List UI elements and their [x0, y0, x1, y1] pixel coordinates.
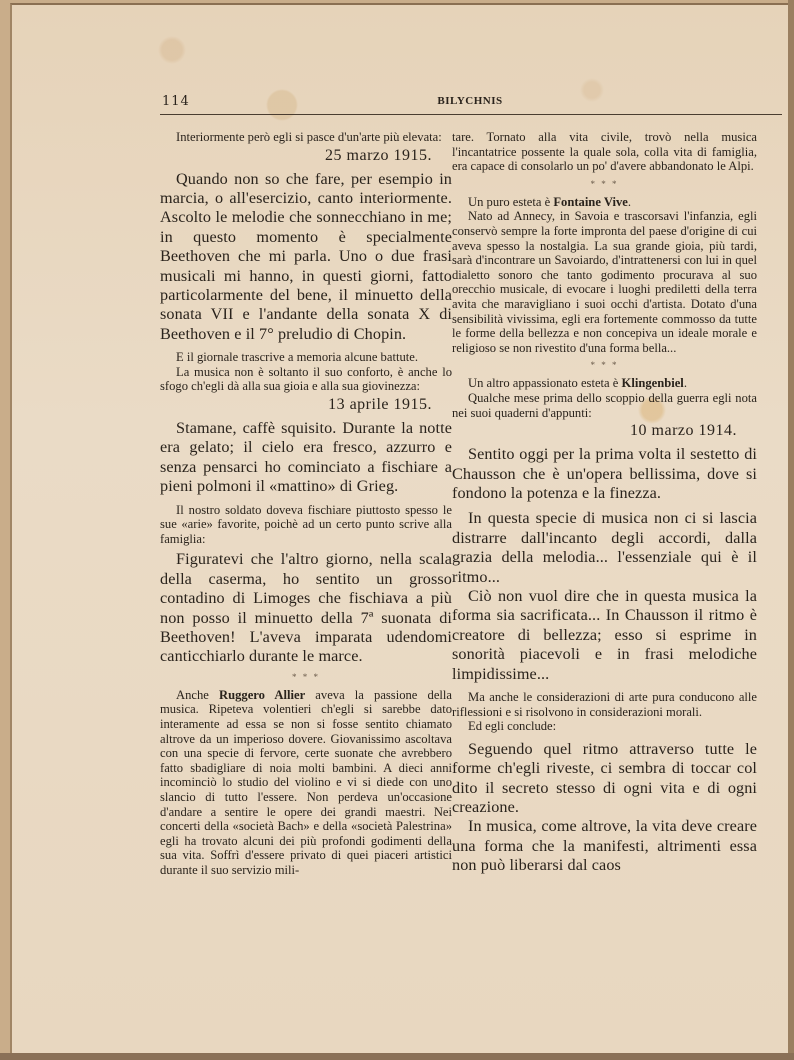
- left-column: Interiormente però egli si pasce d'un'ar…: [160, 130, 452, 878]
- page-edge-right: [788, 0, 794, 1060]
- page-edge-bottom: [0, 1053, 794, 1060]
- running-head: 114 BILYCHNIS: [160, 94, 780, 114]
- diary-quote: Seguendo quel ritmo attraverso tutte le …: [452, 740, 757, 818]
- paragraph: Ma anche le considerazioni di arte pura …: [452, 690, 757, 719]
- diary-quote: In questa specie di musica non ci si las…: [452, 509, 757, 587]
- paragraph-ruggero-allier: Anche Ruggero Allier aveva la passione d…: [160, 688, 452, 878]
- diary-quote: In musica, come altrove, la vita deve cr…: [452, 817, 757, 875]
- header-rule: [160, 114, 782, 115]
- letter-quote: Figuratevi che l'altro giorno, nella sca…: [160, 550, 452, 666]
- diary-date: 25 marzo 1915.: [160, 147, 452, 165]
- person-name: Klingenbiel: [622, 376, 684, 390]
- paragraph: E il giornale trascrive a memoria alcune…: [160, 350, 452, 365]
- diary-quote: Quando non so che fare, per esempio in m…: [160, 170, 452, 345]
- diary-date: 13 aprile 1915.: [160, 396, 452, 414]
- paragraph: Interiormente però egli si pasce d'un'ar…: [160, 130, 452, 145]
- diary-date: 10 marzo 1914.: [452, 422, 757, 440]
- person-name: Fontaine Vive: [553, 195, 628, 209]
- diary-quote: Stamane, caffè squisito. Durante la nott…: [160, 419, 452, 497]
- section-separator: * * *: [452, 360, 757, 370]
- person-name: Ruggero Allier: [219, 688, 305, 702]
- journal-title: BILYCHNIS: [160, 95, 780, 107]
- paragraph: Ed egli conclude:: [452, 719, 757, 734]
- section-separator: * * *: [160, 672, 452, 682]
- paragraph: Nato ad Annecy, in Savoia e trascorsavi …: [452, 209, 757, 355]
- diary-quote: Ciò non vuol dire che in questa musica l…: [452, 587, 757, 684]
- paragraph: Il nostro soldato doveva fischiare piutt…: [160, 503, 452, 547]
- paragraph: Qualche mese prima dello scoppio della g…: [452, 391, 757, 420]
- paragraph: tare. Tornato alla vita civile, trovò ne…: [452, 130, 757, 174]
- paragraph-klingenbiel: Un altro appassionato esteta è Klingenbi…: [452, 376, 757, 391]
- paragraph-fontaine-vive: Un puro esteta è Fontaine Vive.: [452, 195, 757, 210]
- right-column: tare. Tornato alla vita civile, trovò ne…: [452, 130, 757, 876]
- diary-quote: Sentito oggi per la prima volta il seste…: [452, 445, 757, 503]
- section-separator: * * *: [452, 179, 757, 189]
- paragraph: La musica non è soltanto il suo conforto…: [160, 365, 452, 394]
